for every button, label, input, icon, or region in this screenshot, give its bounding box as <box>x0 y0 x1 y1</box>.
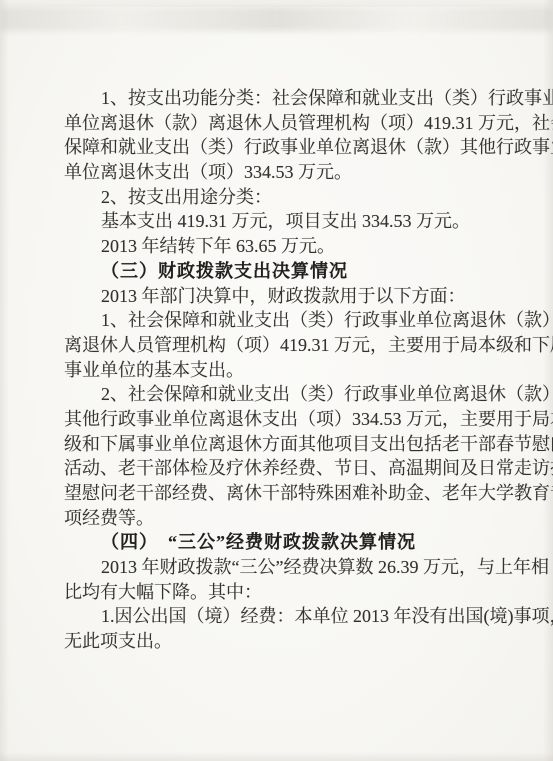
scan-shadow-band <box>0 7 553 31</box>
text-line: 无此项支出。 <box>64 629 496 654</box>
scan-edge-top-strip <box>0 0 553 7</box>
section-heading: （四） “三公”经费财政拨款决算情况 <box>64 530 496 555</box>
text-line: 望慰问老干部经费、离休干部特殊困难补助金、老年大学教育专 <box>64 481 496 506</box>
text-line: 1、按支出功能分类：社会保障和就业支出（类）行政事业 <box>64 86 496 111</box>
text-line: 2、社会保障和就业支出（类）行政事业单位离退休（款） <box>64 382 496 407</box>
text-line: 1、社会保障和就业支出（类）行政事业单位离退休（款） <box>64 308 496 333</box>
text-line: 2013 年部门决算中，财政拨款用于以下方面： <box>64 284 496 309</box>
text-line: 单位离退休支出（项）334.53 万元。 <box>64 160 496 185</box>
text-line: 项经费等。 <box>64 506 496 531</box>
text-line: 活动、老干部体检及疗休养经费、节日、高温期间及日常走访探 <box>64 456 496 481</box>
scan-edge-bottom <box>0 752 553 761</box>
text-line: 其他行政事业单位离退休支出（项）334.53 万元，主要用于局本 <box>64 407 496 432</box>
document-body: 1、按支出功能分类：社会保障和就业支出（类）行政事业单位离退休（款）离退休人员管… <box>64 86 496 654</box>
text-line: 离退休人员管理机构（项）419.31 万元，主要用于局本级和下属 <box>64 333 496 358</box>
section-heading: （三）财政拨款支出决算情况 <box>64 259 496 284</box>
text-line: 保障和就业支出（类）行政事业单位离退休（款）其他行政事业 <box>64 135 496 160</box>
text-line: 2、按支出用途分类： <box>64 185 496 210</box>
text-line: 2013 年财政拨款“三公”经费决算数 26.39 万元，与上年相 <box>64 555 496 580</box>
text-line: 基本支出 419.31 万元，项目支出 334.53 万元。 <box>64 209 496 234</box>
text-line: 级和下属事业单位离退休方面其他项目支出包括老干部春节慰问 <box>64 432 496 457</box>
scanned-document-page: 1、按支出功能分类：社会保障和就业支出（类）行政事业单位离退休（款）离退休人员管… <box>0 0 553 761</box>
text-line: 事业单位的基本支出。 <box>64 358 496 383</box>
text-line: 1.因公出国（境）经费：本单位 2013 年没有出国(境)事项， <box>64 604 496 629</box>
text-line: 2013 年结转下年 63.65 万元。 <box>64 234 496 259</box>
scan-edge-left <box>0 0 9 761</box>
text-line: 比均有大幅下降。其中： <box>64 580 496 605</box>
text-line: 单位离退休（款）离退休人员管理机构（项）419.31 万元，社会 <box>64 111 496 136</box>
